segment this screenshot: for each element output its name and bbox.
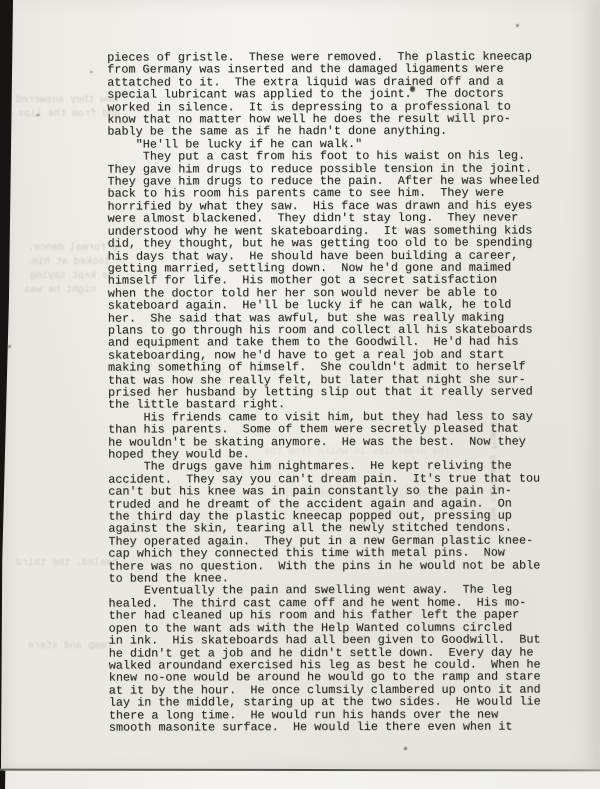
bleedthrough-text: a formal dance. (28, 243, 118, 255)
bleedthrough-text: night he was (24, 285, 96, 297)
bleedthrough-text: looked at him. (26, 257, 110, 269)
bleedthrough-text: healed. the third (16, 558, 118, 570)
scanned-page: { "page": { "kind": "typewritten-manuscr… (0, 0, 600, 789)
bleedthrough-text: he kept saying (30, 271, 114, 283)
toner-speck (404, 747, 407, 750)
toner-speck (410, 86, 415, 92)
toner-speck (36, 114, 40, 116)
toner-speck (90, 71, 93, 73)
bleedthrough-text: ramp and stare (28, 641, 112, 653)
paper-edge-strip (0, 771, 600, 789)
typewritten-text: pieces of gristle. These were removed. T… (107, 50, 561, 734)
bleedthrough-text: and from the lips (18, 109, 120, 121)
bleedthrough-text: how they answered (16, 95, 118, 107)
toner-speck (516, 24, 519, 27)
toner-speck (8, 345, 11, 348)
